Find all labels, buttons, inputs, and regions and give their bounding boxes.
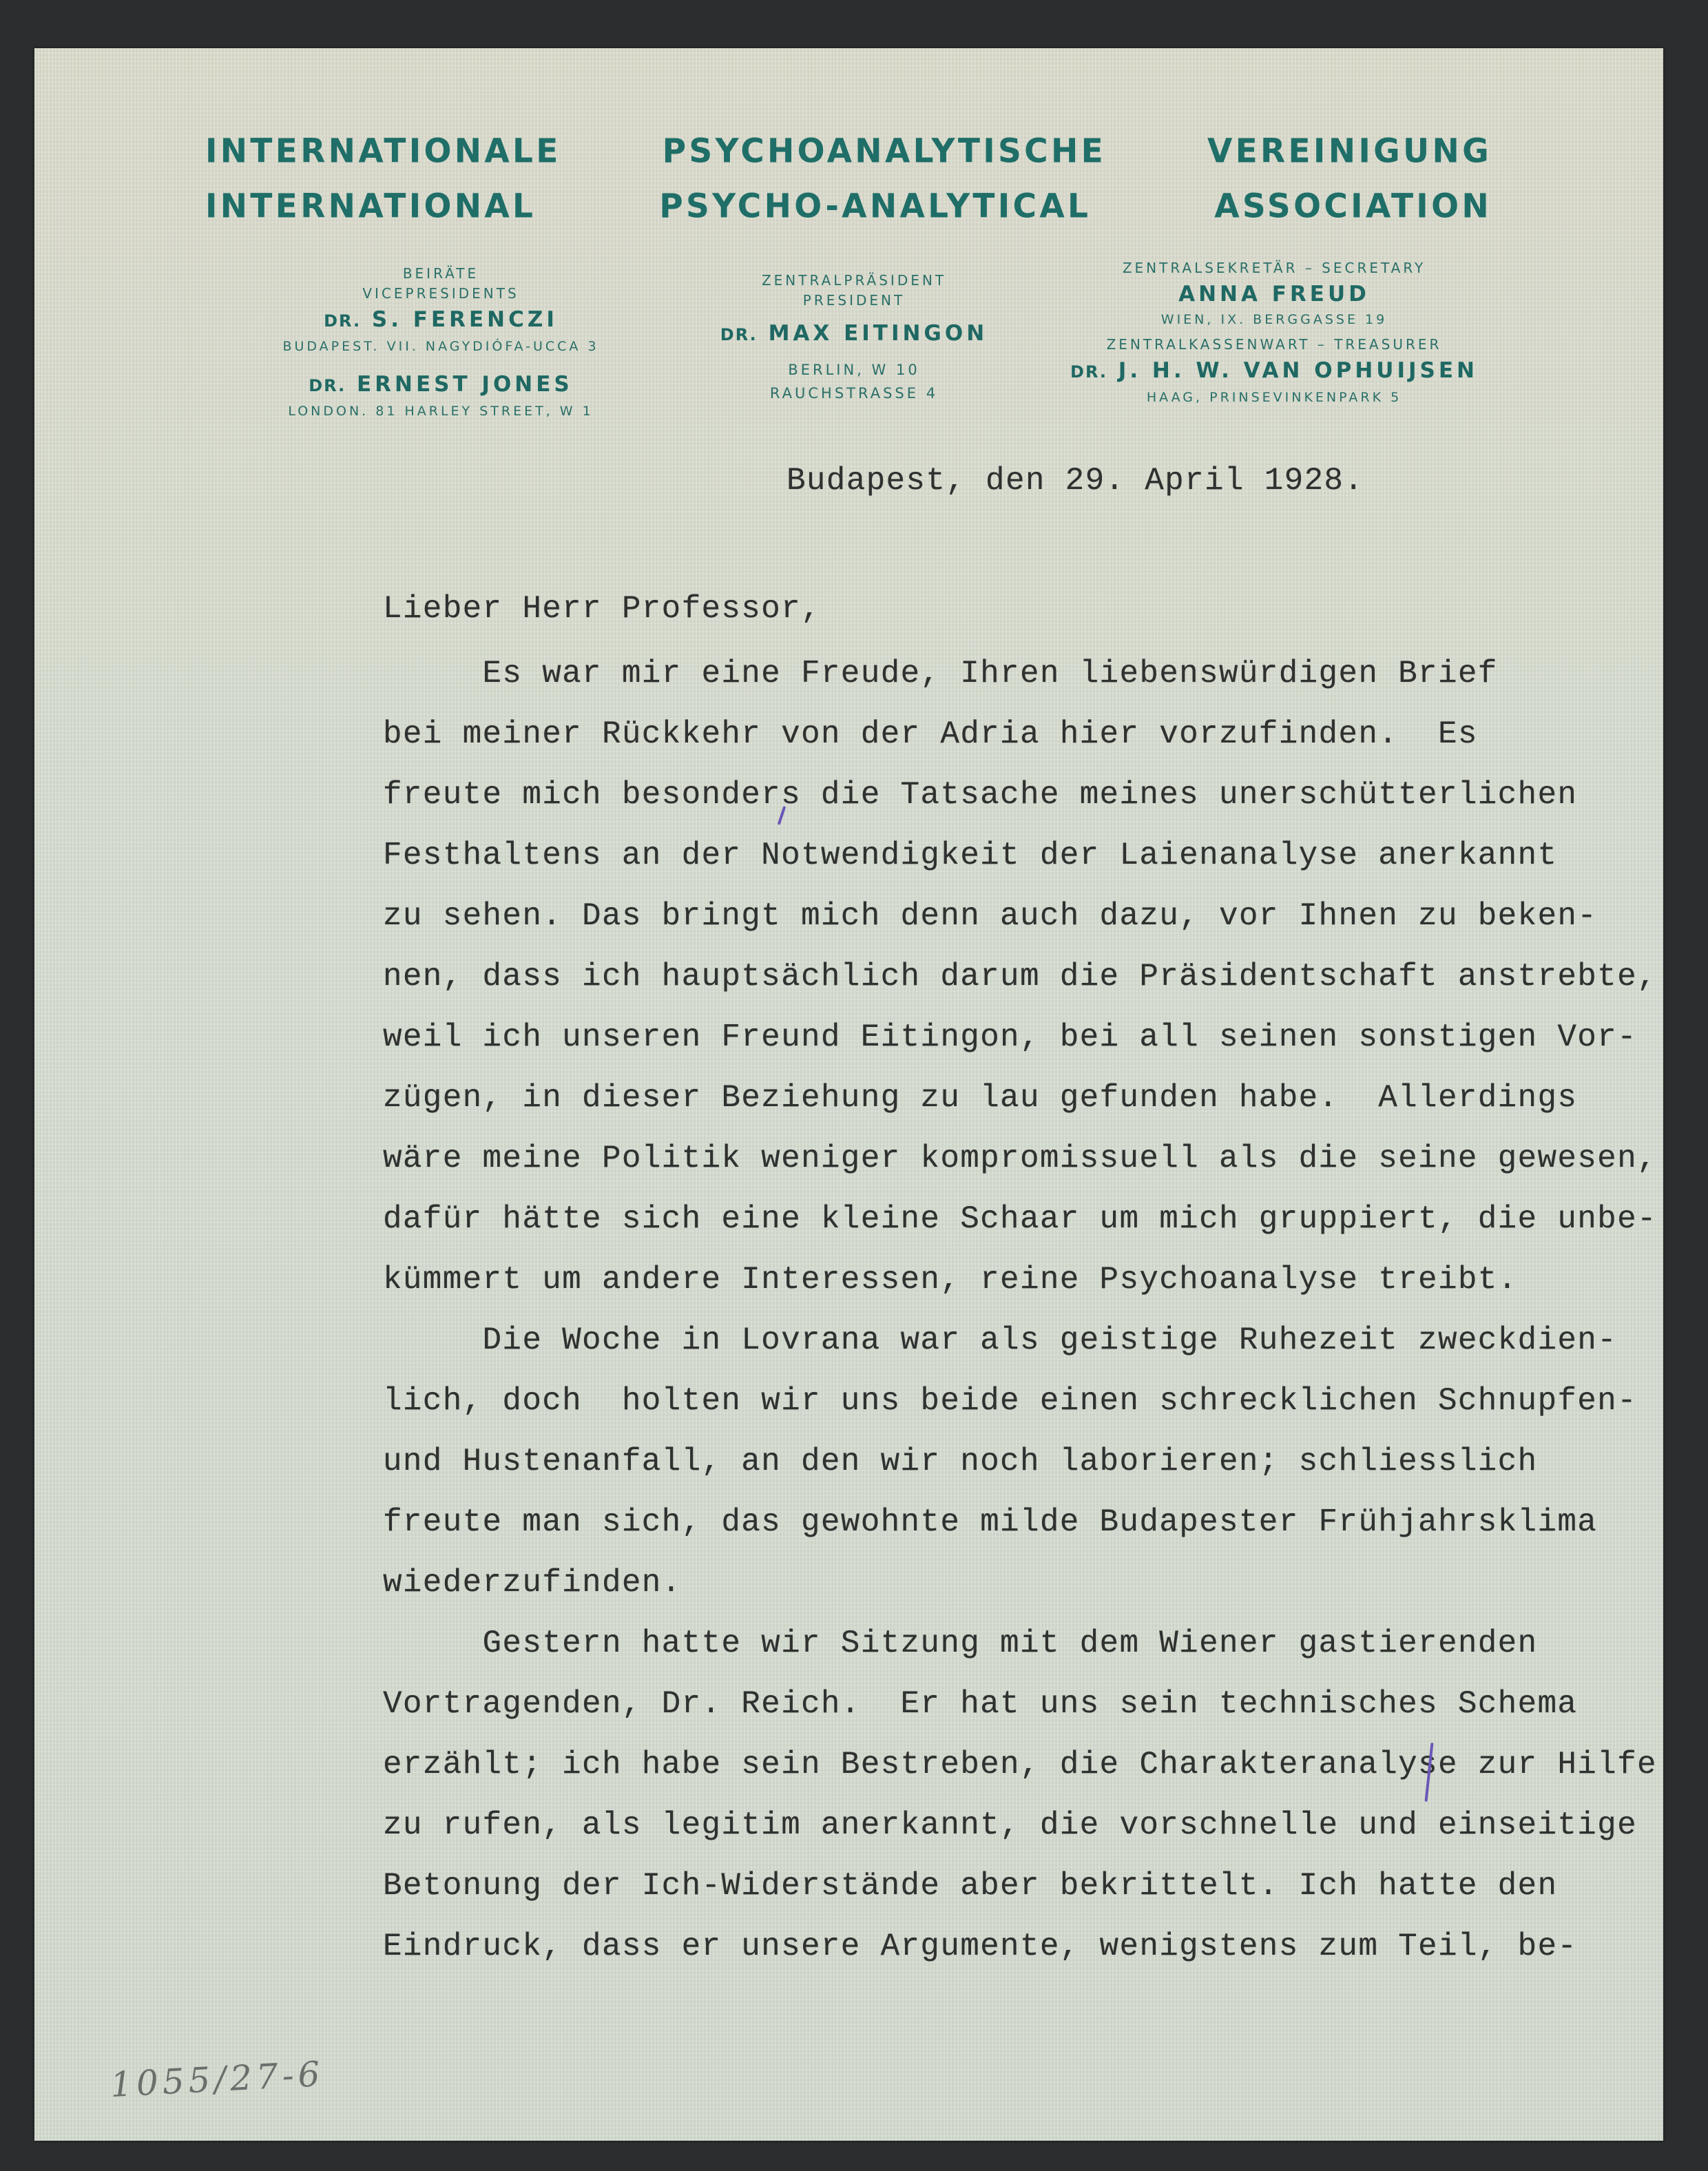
body-line: freute mich besonders die Tatsache meine… xyxy=(383,777,1577,813)
role-label: ZENTRALSEKRETÄR – SECRETARY xyxy=(1033,258,1515,279)
body-line: lich, doch holten wir uns beide einen sc… xyxy=(383,1383,1637,1419)
letterhead-secretary-treasurer: ZENTRALSEKRETÄR – SECRETARY ANNA FREUD W… xyxy=(1033,258,1515,408)
officer-address: HAAG, PRINSEVINKENPARK 5 xyxy=(1033,387,1515,408)
name-prefix: DR. xyxy=(309,376,346,395)
body-line: wäre meine Politik weniger kompromissuel… xyxy=(383,1141,1657,1176)
body-line: freute man sich, das gewohnte milde Buda… xyxy=(383,1504,1597,1540)
title-word: ASSOCIATION xyxy=(1214,187,1492,225)
body-line: nen, dass ich hauptsächlich darum die Pr… xyxy=(383,959,1657,995)
title-word: INTERNATIONAL xyxy=(205,187,536,225)
letterhead-title-english: INTERNATIONAL PSYCHO-ANALYTICAL ASSOCIAT… xyxy=(205,187,1492,225)
name-prefix: DR. xyxy=(720,325,758,344)
place-date: Budapest, den 29. April 1928. xyxy=(787,463,1364,499)
officer-name: ANNA FREUD xyxy=(1033,279,1515,309)
body-line: Vortragenden, Dr. Reich. Er hat uns sein… xyxy=(383,1686,1577,1722)
letterhead-title-german: INTERNATIONALE PSYCHOANALYTISCHE VEREINI… xyxy=(205,132,1492,170)
body-line: bei meiner Rückkehr von der Adria hier v… xyxy=(383,716,1478,752)
role-label-de: ZENTRALPRÄSIDENT xyxy=(661,270,1047,291)
role-label: ZENTRALKASSENWART – TREASURER xyxy=(1033,334,1515,355)
officer-address: BERLIN, W 10 xyxy=(661,360,1047,380)
body-line: kümmert um andere Interessen, reine Psyc… xyxy=(383,1262,1518,1298)
body-line: und Hustenanfall, an den wir noch labori… xyxy=(383,1444,1537,1479)
name-prefix: DR. xyxy=(324,311,361,331)
salutation: Lieber Herr Professor, xyxy=(383,591,821,627)
officer-address: BUDAPEST. VII. NAGYDIÓFA-UCCA 3 xyxy=(255,336,627,357)
role-label-en: VICEPRESIDENTS xyxy=(255,283,627,304)
name-text: MAX EITINGON xyxy=(769,321,988,346)
body-line: weil ich unseren Freund Eitingon, bei al… xyxy=(383,1019,1637,1055)
officer-address: RAUCHSTRASSE 4 xyxy=(661,383,1047,404)
name-text: J. H. W. VAN OPHUIJSEN xyxy=(1118,358,1478,383)
name-prefix: DR. xyxy=(1070,362,1107,382)
body-line: wiederzufinden. xyxy=(383,1565,682,1601)
title-word: PSYCHO-ANALYTICAL xyxy=(659,187,1091,225)
role-label-en: PRESIDENT xyxy=(661,290,1047,311)
officer-address: LONDON. 81 HARLEY STREET, W 1 xyxy=(255,401,627,422)
name-text: S. FERENCZI xyxy=(372,307,558,332)
title-word: INTERNATIONALE xyxy=(205,132,561,170)
body-line: Betonung der Ich-Widerstände aber bekrit… xyxy=(383,1868,1557,1904)
body-line: dafür hätte sich eine kleine Schaar um m… xyxy=(383,1201,1657,1237)
body-line: Festhaltens an der Notwendigkeit der Lai… xyxy=(383,838,1557,873)
officer-address: WIEN, IX. BERGGASSE 19 xyxy=(1033,309,1515,330)
body-line: Eindruck, dass er unsere Argumente, weni… xyxy=(383,1929,1577,1964)
officer-name: DR. MAX EITINGON xyxy=(661,318,1047,350)
title-word: VEREINIGUNG xyxy=(1207,132,1492,170)
officer-name: DR. J. H. W. VAN OPHUIJSEN xyxy=(1033,355,1515,387)
letterhead-president: ZENTRALPRÄSIDENT PRESIDENT DR. MAX EITIN… xyxy=(661,270,1047,404)
name-text: ERNEST JONES xyxy=(357,372,573,397)
body-line: zügen, in dieser Beziehung zu lau gefund… xyxy=(383,1080,1577,1116)
officer-name: DR. ERNEST JONES xyxy=(255,369,627,401)
letterhead-vicepresidents: BEIRÄTE VICEPRESIDENTS DR. S. FERENCZI B… xyxy=(255,263,627,422)
body-line: Gestern hatte wir Sitzung mit dem Wiener… xyxy=(383,1625,1537,1661)
title-word: PSYCHOANALYTISCHE xyxy=(663,132,1106,170)
body-line: zu sehen. Das bringt mich denn auch dazu… xyxy=(383,898,1597,934)
body-line: Die Woche in Lovrana war als geistige Ru… xyxy=(383,1322,1617,1358)
body-line: zu rufen, als legitim anerkannt, die vor… xyxy=(383,1807,1637,1843)
body-line: Es war mir eine Freude, Ihren liebenswür… xyxy=(383,656,1498,692)
body-line: erzählt; ich habe sein Bestreben, die Ch… xyxy=(383,1747,1657,1783)
officer-name: DR. S. FERENCZI xyxy=(255,304,627,336)
role-label-de: BEIRÄTE xyxy=(255,263,627,284)
